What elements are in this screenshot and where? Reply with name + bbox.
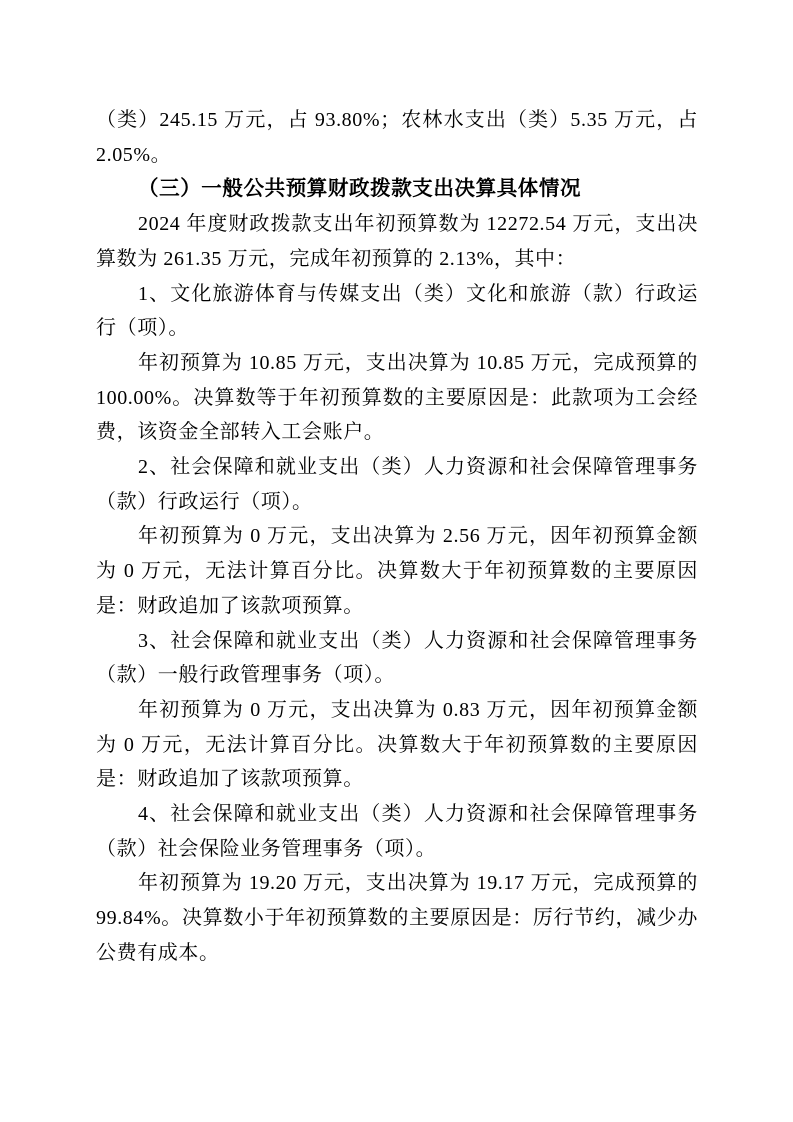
paragraph-item-1-title: 1、文化旅游体育与传媒支出（类）文化和旅游（款）行政运行（项）。 — [96, 277, 698, 346]
paragraph-item-2-title: 2、社会保障和就业支出（类）人力资源和社会保障管理事务（款）行政运行（项）。 — [96, 450, 698, 519]
section-heading-budget-expenditure-details: （三）一般公共预算财政拨款支出决算具体情况 — [96, 172, 698, 207]
paragraph-item-1-detail: 年初预算为 10.85 万元，支出决算为 10.85 万元，完成预算的 100.… — [96, 346, 698, 450]
paragraph-item-4-title: 4、社会保障和就业支出（类）人力资源和社会保障管理事务（款）社会保险业务管理事务… — [96, 797, 698, 866]
paragraph-item-3-title: 3、社会保障和就业支出（类）人力资源和社会保障管理事务（款）一般行政管理事务（项… — [96, 624, 698, 693]
document-page: （类）245.15 万元，占 93.80%；农林水支出（类）5.35 万元，占 … — [0, 0, 793, 1122]
paragraph-annual-budget-summary: 2024 年度财政拨款支出年初预算数为 12272.54 万元，支出决算数为 2… — [96, 207, 698, 276]
paragraph-item-4-detail: 年初预算为 19.20 万元，支出决算为 19.17 万元，完成预算的 99.8… — [96, 866, 698, 970]
paragraph-item-3-detail: 年初预算为 0 万元，支出决算为 0.83 万元，因年初预算金额为 0 万元，无… — [96, 693, 698, 797]
paragraph-item-2-detail: 年初预算为 0 万元，支出决算为 2.56 万元，因年初预算金额为 0 万元，无… — [96, 519, 698, 623]
paragraph-expenditure-continuation: （类）245.15 万元，占 93.80%；农林水支出（类）5.35 万元，占 … — [96, 103, 698, 172]
